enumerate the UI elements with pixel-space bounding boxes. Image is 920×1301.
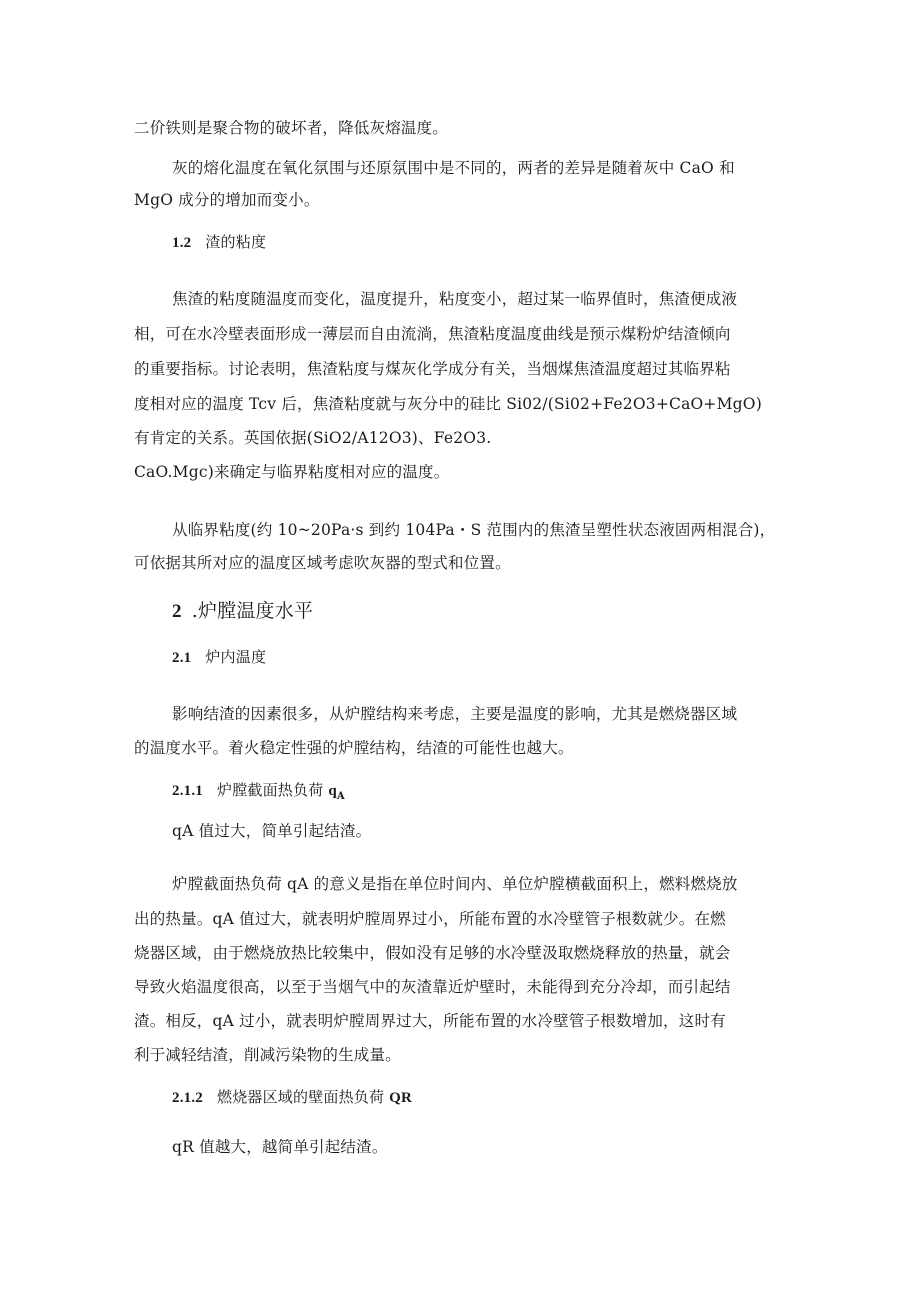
paragraph-line: 渣。相反，qA 过小，就表明炉膛周界过大，所能布置的水冷壁管子根数增加，这时有 [134,1011,726,1031]
paragraph-line: 相，可在水冷壁表面形成一薄层而自由流淌，焦渣粘度温度曲线是预示煤粉炉结渣倾向 [134,324,731,344]
section-number: 2.1.2 [172,1090,203,1106]
paragraph-line: 导致火焰温度很高，以至于当烟气中的灰渣靠近炉壁时，未能得到充分冷却，而引起结 [134,977,731,997]
paragraph-line: 的重要指标。讨论表明，焦渣粘度与煤灰化学成分有关，当烟煤焦渣温度超过其临界粘 [134,359,731,379]
section-heading-2-1-1: 2.1.1炉膛截面热负荷 qA [172,780,345,807]
paragraph-line: 焦渣的粘度随温度而变化，温度提升，粘度变小，超过某一临界值时，焦渣便成液 [172,289,737,309]
paragraph-line: MgO 成分的增加而变小。 [134,190,320,210]
paragraph-line: CaO.Mgc)来确定与临界粘度相对应的温度。 [134,462,449,482]
section-title: 炉内温度 [205,648,266,666]
section-number: 2.1.1 [172,783,203,799]
paragraph-line: 影响结渣的因素很多，从炉膛结构来考虑，主要是温度的影响，尤其是燃烧器区域 [172,704,737,724]
section-heading-1-2: 1.2渣的粘度 [172,232,266,253]
symbol-subscript: A [337,791,345,802]
document-page: 二价铁则是聚合物的破坏者，降低灰熔温度。 灰的熔化温度在氧化氛围与还原氛围中是不… [0,0,920,1301]
section-heading-2-1: 2.1炉内温度 [172,647,266,668]
section-title: 炉膛截面热负荷 [217,781,328,799]
paragraph-line: 二价铁则是聚合物的破坏者，降低灰熔温度。 [134,118,448,138]
paragraph-line: 灰的熔化温度在氧化氛围与还原氛围中是不同的，两者的差异是随着灰中 CaO 和 [172,158,735,178]
section-number: 2.1 [172,650,191,666]
paragraph-line: 的温度水平。着火稳定性强的炉膛结构，结渣的可能性也越大。 [134,738,574,758]
section-number: 1.2 [172,235,191,251]
paragraph-line: 从临界粘度(约 10~20Pa·s 到约 104Pa・S 范围内的焦渣呈塑性状态… [172,520,775,540]
symbol: QR [389,1090,412,1106]
paragraph-line: 度相对应的温度 Tcv 后，焦渣粘度就与灰分中的硅比 Si02/(Si02+Fe… [134,394,762,414]
section-title: 燃烧器区域的壁面热负荷 [217,1088,389,1106]
section-title: 渣的粘度 [205,233,266,251]
paragraph-line: qR 值越大，越简单引起结渣。 [172,1137,388,1157]
paragraph-line: qA 值过大，简单引起结渣。 [172,821,371,841]
paragraph-line: 有肯定的关系。英国依据(SiO2/A12O3)、Fe2O3. [134,428,491,448]
paragraph-line: 烧器区域，由于燃烧放热比较集中，假如没有足够的水冷壁汲取燃烧释放的热量，就会 [134,943,731,963]
section-title: .炉膛温度水平 [192,600,313,622]
section-number: 2 [172,601,182,622]
paragraph-line: 可依据其所对应的温度区域考虑吹灰器的型式和位置。 [134,553,511,573]
section-heading-2: 2.炉膛温度水平 [172,601,313,622]
paragraph-line: 利于减轻结渣，削减污染物的生成量。 [134,1045,401,1065]
section-heading-2-1-2: 2.1.2燃烧器区域的壁面热负荷 QR [172,1087,412,1108]
symbol: q [328,783,337,799]
paragraph-line: 炉膛截面热负荷 qA 的意义是指在单位时间内、单位炉膛横截面积上，燃料燃烧放 [172,874,738,894]
paragraph-line: 出的热量。qA 值过大，就表明炉膛周界过小，所能布置的水冷壁管子根数就少。在燃 [134,909,726,929]
